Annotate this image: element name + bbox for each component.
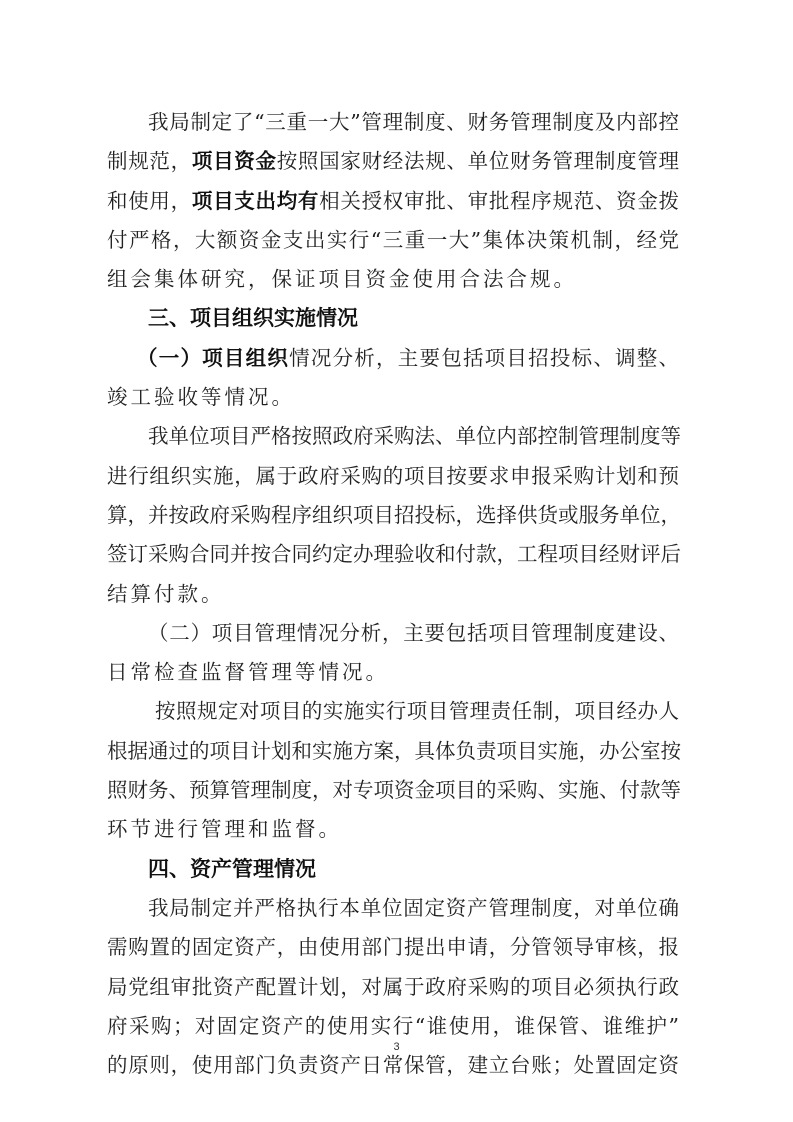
text-run: 按照国家财经法规、单位财务管理制度管理 [277,149,679,173]
text-line: 算，并按政府采购程序组织项目招投标，选择供货或服务单位， [107,496,679,535]
text-line: 按照规定对项目的实施实行项目管理责任制，项目经办人 [107,692,679,731]
document-page: 我局制定了“三重一大”管理制度、财务管理制度及内部控 制规范，项目资金按照国家财… [107,103,679,1085]
text-line: 签订采购合同并按合同约定办理验收和付款，工程项目经财评后 [107,535,679,574]
text-line: 我局制定并严格执行本单位固定资产管理制度，对单位确 [107,889,679,928]
paragraph-responsibility-system: 按照规定对项目的实施实行项目管理责任制，项目经办人 根据通过的项目计划和实施方案… [107,692,679,849]
text-line: 环节进行管理和监督。 [107,810,679,849]
text-line: 制规范，项目资金按照国家财经法规、单位财务管理制度管理 [107,142,679,181]
text-line: 和使用，项目支出均有相关授权审批、审批程序规范、资金拨 [107,182,679,221]
text-run: 制规范， [107,149,192,173]
text-line: 局党组审批资产配置计划，对属于政府采购的项目必须执行政 [107,968,679,1007]
text-line: 竣工验收等情况。 [107,378,679,417]
paragraph-fixed-assets: 我局制定并严格执行本单位固定资产管理制度，对单位确 需购置的固定资产，由使用部门… [107,889,679,1085]
text-line: 日常检查监督管理等情况。 [107,653,679,692]
paragraph-internal-control: 我局制定了“三重一大”管理制度、财务管理制度及内部控 制规范，项目资金按照国家财… [107,103,679,299]
text-line: 组会集体研究，保证项目资金使用合法合规。 [107,260,679,299]
section-heading-asset-management: 四、资产管理情况 [107,850,679,889]
text-line: 我局制定了“三重一大”管理制度、财务管理制度及内部控 [107,103,679,142]
text-run: 情况分析，主要包括项目招投标、调整、 [289,346,679,370]
text-line: 结算付款。 [107,575,679,614]
page-number: 3 [0,1041,793,1053]
text-line: 我单位项目严格按照政府采购法、单位内部控制管理制度等 [107,417,679,456]
text-line: 照财务、预算管理制度，对专项资金项目的采购、实施、付款等 [107,771,679,810]
paragraph-procurement: 我单位项目严格按照政府采购法、单位内部控制管理制度等 进行组织实施，属于政府采购… [107,417,679,613]
text-line: （二）项目管理情况分析，主要包括项目管理制度建设、 [107,614,679,653]
bold-text-run: （一）项目组织 [137,346,289,370]
text-line: 需购置的固定资产，由使用部门提出申请，分管领导审核，报 [107,928,679,967]
text-run: 相关授权审批、审批程序规范、资金拨 [319,189,679,213]
text-run: 和使用， [107,189,192,213]
section-heading-project-implementation: 三、项目组织实施情况 [107,299,679,338]
paragraph-project-management-intro: （二）项目管理情况分析，主要包括项目管理制度建设、 日常检查监督管理等情况。 [107,614,679,693]
text-line: 进行组织实施，属于政府采购的项目按要求申报采购计划和预 [107,457,679,496]
text-line: 付严格，大额资金支出实行“三重一大”集体决策机制，经党 [107,221,679,260]
paragraph-project-organization-intro: （一）项目组织情况分析，主要包括项目招投标、调整、 竣工验收等情况。 [107,339,679,418]
text-line: 根据通过的项目计划和实施方案，具体负责项目实施，办公室按 [107,732,679,771]
text-line: （一）项目组织情况分析，主要包括项目招投标、调整、 [107,339,679,378]
bold-text-run: 项目支出均有 [192,189,319,213]
bold-text-run: 项目资金 [192,149,277,173]
